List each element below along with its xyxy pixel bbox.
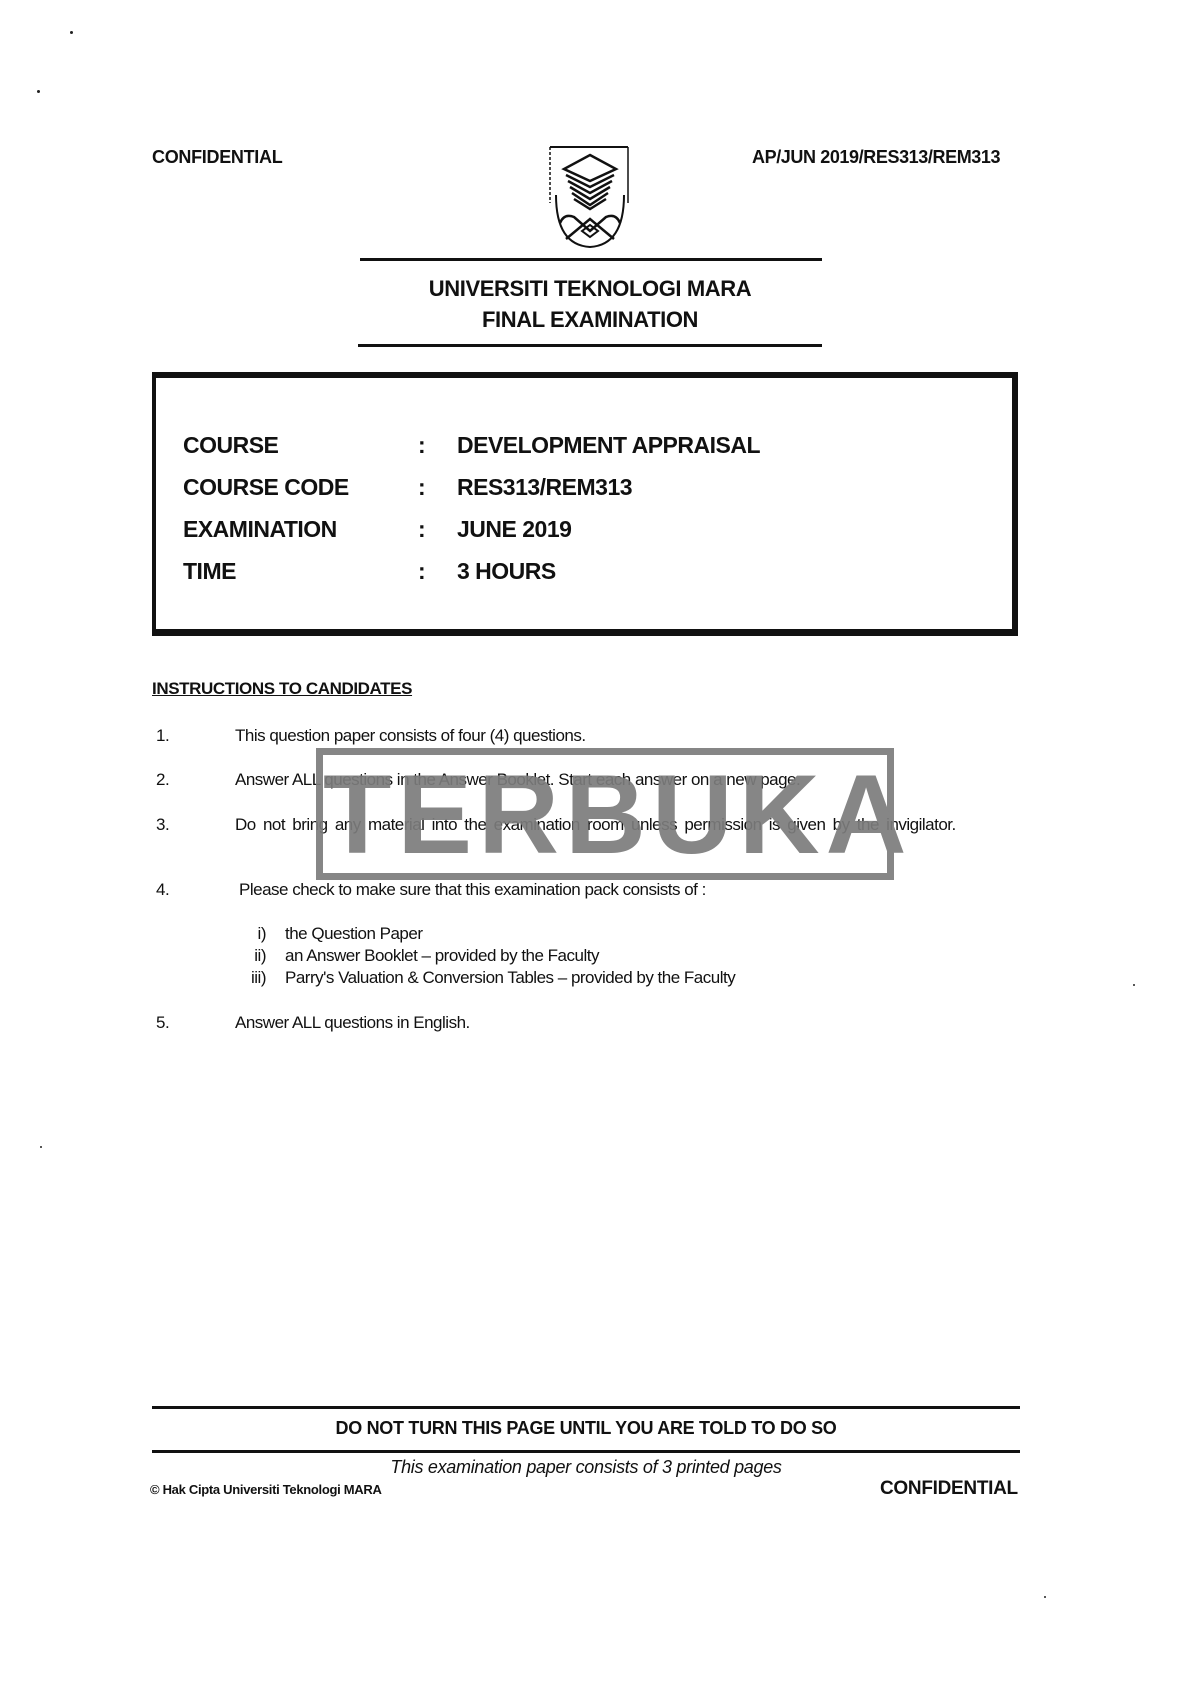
copyright-notice: © Hak Cipta Universiti Teknologi MARA — [150, 1482, 382, 1497]
header-rule-top — [360, 258, 822, 261]
scan-speck — [1044, 1596, 1046, 1598]
examination-label: EXAMINATION — [183, 516, 337, 543]
do-not-turn-warning: DO NOT TURN THIS PAGE UNTIL YOU ARE TOLD… — [152, 1418, 1020, 1439]
course-info-box: COURSE : DEVELOPMENT APPRAISAL COURSE CO… — [152, 372, 1018, 636]
scan-speck — [1133, 984, 1135, 986]
separator: : — [418, 558, 425, 585]
pack-item-number: iii) — [236, 968, 266, 988]
separator: : — [418, 432, 425, 459]
item-number: 5. — [156, 1013, 169, 1033]
instructions-heading: INSTRUCTIONS TO CANDIDATES — [152, 679, 412, 699]
classification-label: CONFIDENTIAL — [152, 147, 282, 168]
university-name: UNIVERSITI TEKNOLOGI MARA — [360, 276, 820, 302]
classification-label-footer: CONFIDENTIAL — [880, 1478, 1018, 1500]
footer-rule-top — [152, 1406, 1020, 1409]
item-text: Do not bring any material into the exami… — [235, 815, 1025, 834]
pack-item-text: an Answer Booklet – provided by the Facu… — [285, 946, 599, 966]
scan-speck — [37, 90, 40, 93]
scan-speck — [40, 1146, 42, 1148]
pack-item-text: the Question Paper — [285, 924, 422, 944]
item-number: 4. — [156, 880, 169, 900]
time-label: TIME — [183, 558, 236, 585]
time-value: 3 HOURS — [457, 558, 556, 585]
item-text: Please check to make sure that this exam… — [239, 880, 1029, 899]
page-count-note: This examination paper consists of 3 pri… — [152, 1457, 1020, 1478]
item-text: Answer ALL questions in English. — [235, 1013, 1025, 1032]
university-crest-icon — [548, 145, 632, 249]
item-text: Answer ALL questions in the Answer Bookl… — [235, 770, 1025, 789]
terbuka-watermark: TERBUKA — [316, 748, 894, 880]
course-value: DEVELOPMENT APPRAISAL — [457, 432, 760, 459]
item-text: This question paper consists of four (4)… — [235, 726, 1025, 745]
examination-value: JUNE 2019 — [457, 516, 571, 543]
footer-rule-bottom — [152, 1450, 1020, 1453]
separator: : — [418, 516, 425, 543]
header-rule-bottom — [358, 344, 822, 347]
scan-speck — [70, 31, 73, 34]
exam-title: FINAL EXAMINATION — [360, 307, 820, 333]
pack-item-number: ii) — [236, 946, 266, 966]
course-label: COURSE — [183, 432, 278, 459]
pack-item-text: Parry's Valuation & Conversion Tables – … — [285, 968, 735, 988]
item-number: 2. — [156, 770, 169, 790]
item-number: 1. — [156, 726, 169, 746]
separator: : — [418, 474, 425, 501]
paper-reference-code: AP/JUN 2019/RES313/REM313 — [752, 147, 1000, 168]
course-code-value: RES313/REM313 — [457, 474, 632, 501]
course-code-label: COURSE CODE — [183, 474, 349, 501]
item-number: 3. — [156, 815, 169, 835]
pack-item-number: i) — [236, 924, 266, 944]
